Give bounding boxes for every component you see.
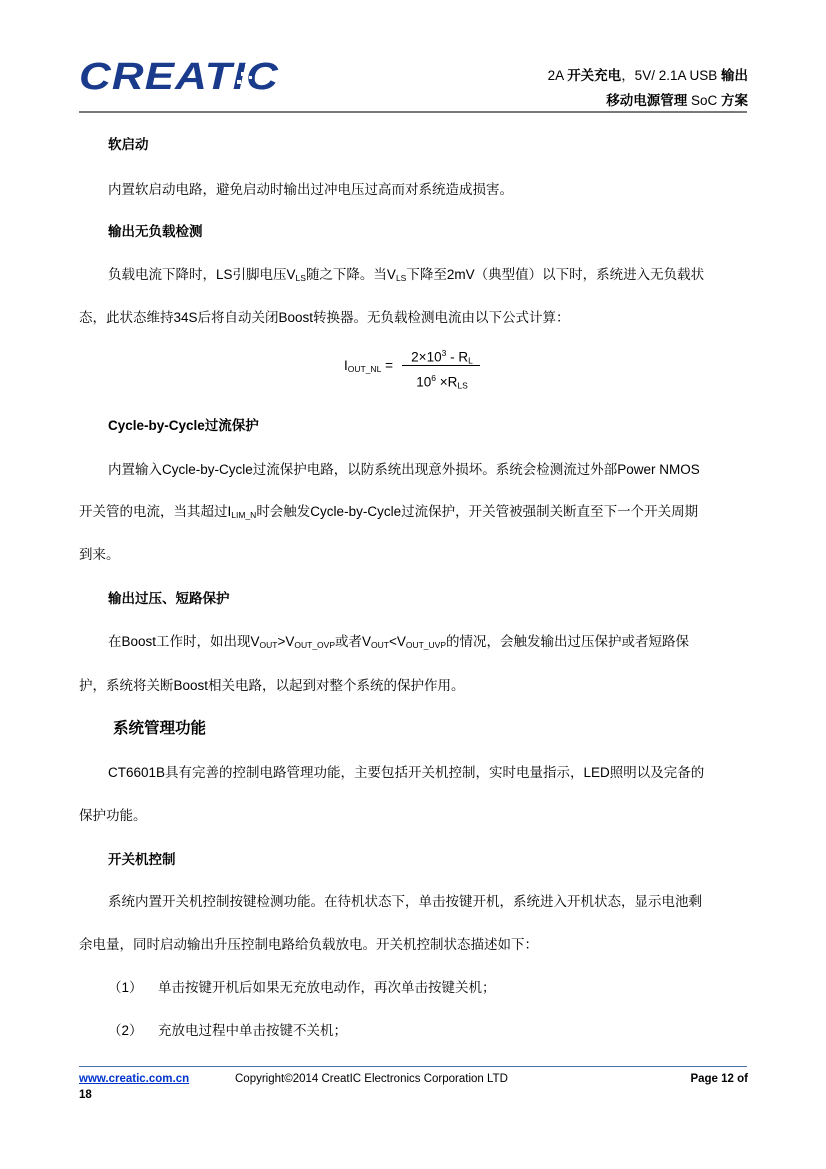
- paragraph-ovp-line2: 护，系统将关断Boost相关电路，以起到对整个系统的保护作用。: [79, 674, 747, 694]
- paragraph-cycle-line2: 开关管的电流，当其超过ILIM_N时会触发Cycle-by-Cycle过流保护，…: [79, 500, 747, 520]
- paragraph-no-load-line2: 态，此状态维持34S后将自动关闭Boost转换器。无负载检测电流由以下公式计算：: [79, 306, 747, 326]
- list-item-number: （1）: [108, 976, 158, 996]
- paragraph-no-load-line1: 负载电流下降时，LS引脚电压VLS随之下降。当VLS下降至2mV（典型值）以下时…: [79, 263, 776, 283]
- header-text: 2A: [548, 68, 568, 83]
- list-item-number: （2）: [108, 1019, 158, 1039]
- heading-system-management: 系统管理功能: [113, 716, 206, 738]
- header-text: 方案: [721, 93, 748, 108]
- paragraph-power-line2: 余电量，同时启动输出升压控制电路给负载放电。开关机控制状态描述如下：: [79, 933, 747, 953]
- formula-denominator: 106 ×RLS: [402, 368, 482, 388]
- formula-numerator: 2×103 - RL: [402, 343, 482, 363]
- heading-ovp: 输出过压、短路保护: [108, 587, 230, 607]
- website-link[interactable]: www.creatic.com.cn: [79, 1073, 189, 1085]
- header-title-line1: 2A 开关充电，5V/ 2.1A USB 输出: [548, 64, 748, 84]
- heading-cycle-protection: Cycle-by-Cycle过流保护: [108, 414, 259, 434]
- paragraph-soft-start: 内置软启动电路，避免启动时输出过冲电压过高而对系统造成损害。: [79, 178, 776, 198]
- header-text: 开关充电: [567, 68, 621, 83]
- paragraph-system-line2: 保护功能。: [79, 804, 747, 824]
- heading-power-switch: 开关机控制: [108, 848, 176, 868]
- header-title-line2: 移动电源管理 SoC 方案: [606, 89, 748, 109]
- creatic-logo: CREATIC: [79, 58, 285, 94]
- copyright-text: Copyright©2014 CreatIC Electronics Corpo…: [235, 1073, 508, 1085]
- footer-divider: [79, 1066, 747, 1067]
- list-item-text: 单击按键开机后如果无充放电动作，再次单击按键关机；: [158, 980, 496, 995]
- heading-soft-start: 软启动: [108, 133, 149, 153]
- paragraph-ovp-line1: 在Boost工作时，如出现VOUT>VOUT_OVP或者VOUT<VOUT_UV…: [79, 630, 776, 650]
- header-divider: [79, 111, 747, 113]
- header-text: 输出: [721, 68, 748, 83]
- header-text: 移动电源管理: [606, 93, 687, 108]
- formula-lhs: IOUT_NL =: [344, 358, 393, 374]
- list-item: （2）充放电过程中单击按键不关机；: [108, 1019, 347, 1039]
- page-number: Page 12 of: [690, 1073, 748, 1085]
- paragraph-cycle-line1: 内置输入Cycle-by-Cycle过流保护电路，以防系统出现意外损坏。系统会检…: [79, 458, 776, 478]
- header-text: ，5V/ 2.1A USB: [621, 68, 721, 83]
- list-item-text: 充放电过程中单击按键不关机；: [158, 1023, 347, 1038]
- list-item: （1）单击按键开机后如果无充放电动作，再次单击按键关机；: [108, 976, 496, 996]
- header-text: SoC: [687, 93, 721, 108]
- page-total: 18: [79, 1089, 92, 1101]
- paragraph-power-line1: 系统内置开关机控制按键检测功能。在待机状态下，单击按键开机，系统进入开机状态，显…: [79, 890, 776, 910]
- formula-fraction: 2×103 - RL 106 ×RLS: [402, 343, 482, 388]
- paragraph-system-line1: CT6601B具有完善的控制电路管理功能，主要包括开关机控制，实时电量指示，LE…: [79, 761, 776, 781]
- heading-no-load: 输出无负载检测: [108, 220, 203, 240]
- paragraph-cycle-line3: 到来。: [79, 543, 747, 563]
